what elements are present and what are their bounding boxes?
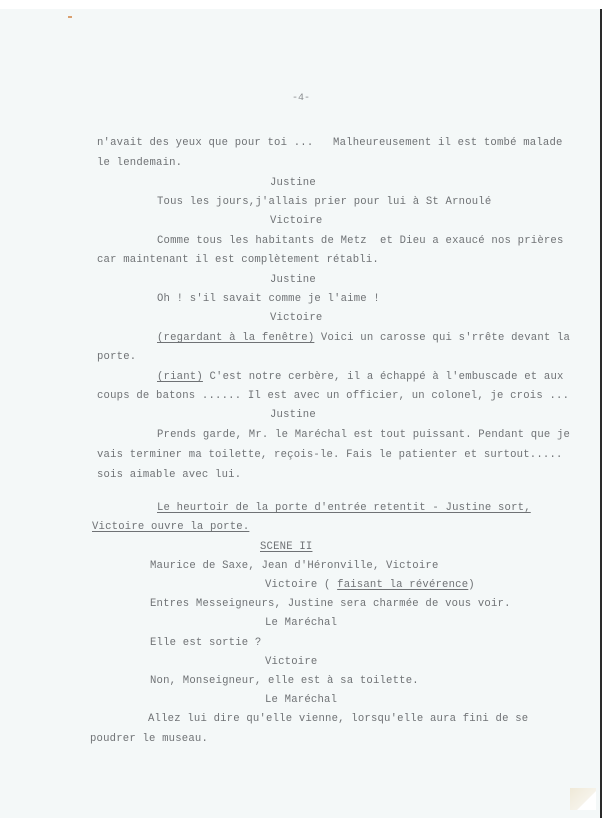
text-line: coups de batons ...... Il est avec un of… [97,390,569,402]
text-line: (regardant à la fenêtre) Voici un caross… [157,332,570,344]
stain [68,16,72,18]
text-line: sois aimable avec lui. [97,469,241,481]
text-line: vais terminer ma toilette, reçois-le. Fa… [97,449,563,461]
stage-direction: (regardant à la fenêtre) [157,332,314,344]
text-line: Tous les jours,j'allais prier pour lui à… [157,196,491,208]
folded-corner [570,788,596,810]
text-line: porte. [97,351,136,363]
stage-direction: (riant) [157,371,203,383]
text-line: Non, Monseigneur, elle est à sa toilette… [150,675,419,687]
speaker-name: Justine [270,274,316,286]
text-line: Elle est sortie ? [150,637,261,649]
speaker-name: Victoire [270,215,322,227]
speaker-name: Victoire [265,656,317,668]
text-line: Oh ! s'il savait comme je l'aime ! [157,293,380,305]
text-line: Prends garde, Mr. le Maréchal est tout p… [157,429,570,441]
text-line: (riant) C'est notre cerbère, il a échapp… [157,371,564,383]
speaker-name: Victoire [270,312,322,324]
text-line: Maurice de Saxe, Jean d'Héronville, Vict… [150,560,439,572]
text-line: n'avait des yeux que pour toi ... Malheu… [97,137,563,149]
text-line: Entres Messeigneurs, Justine sera charmé… [150,598,511,610]
text-line: poudrer le museau. [90,733,208,745]
speaker-name: Justine [270,409,316,421]
speaker-name: Le Maréchal [265,694,337,706]
text-line: car maintenant il est complètement rétab… [97,254,379,266]
speaker-name: Victoire ( faisant la révérence) [265,579,475,591]
typewritten-page: -4- n'avait des yeux que pour toi ... Ma… [0,9,602,818]
stage-direction: faisant la révérence [337,579,468,591]
stage-direction: Victoire ouvre la porte. [92,521,249,533]
speaker-name: Le Maréchal [265,617,337,629]
scene-heading: SCENE II [260,541,312,553]
text-line: le lendemain. [97,157,182,169]
text-line: Allez lui dire qu'elle vienne, lorsqu'el… [148,713,528,725]
speaker-name: Justine [270,177,316,189]
stage-direction: Le heurtoir de la porte d'entrée retenti… [157,502,531,514]
text-line: Comme tous les habitants de Metz et Dieu… [157,235,564,247]
page-number: -4- [0,93,602,104]
